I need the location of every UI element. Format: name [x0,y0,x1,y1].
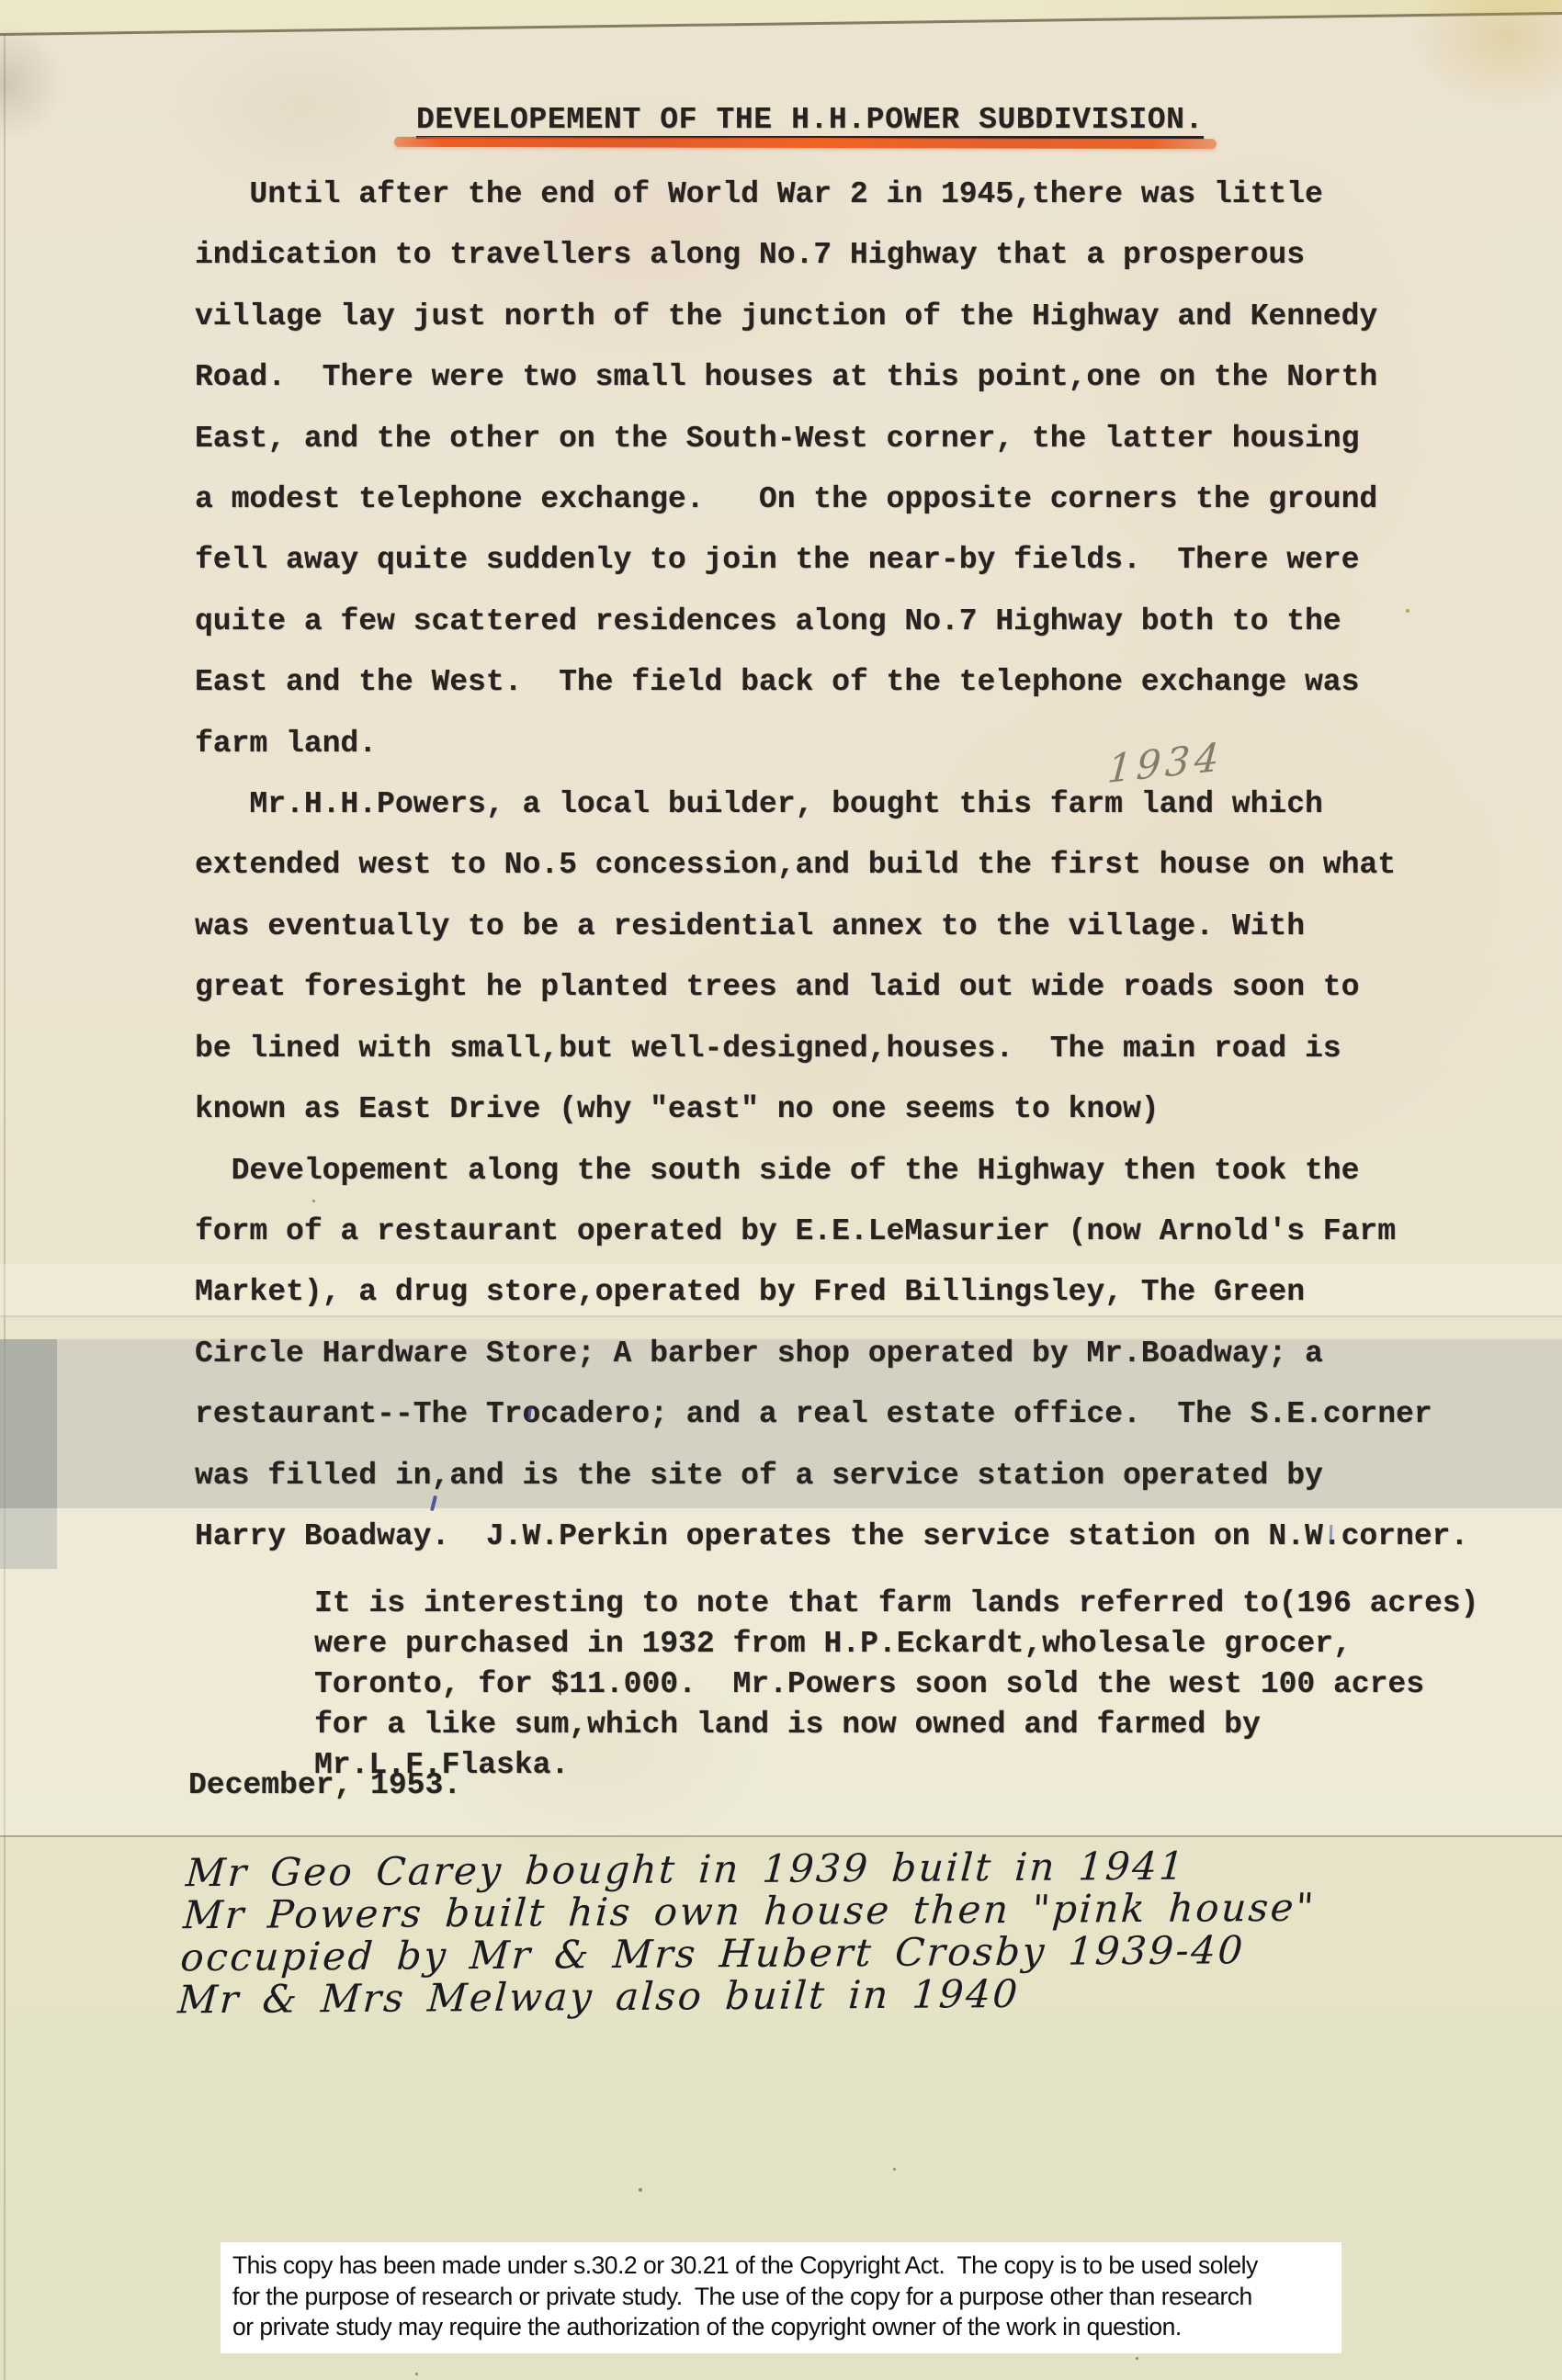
typed-line: quite a few scattered residences along N… [195,592,1468,652]
typed-note-block: It is interesting to note that farm land… [314,1584,1478,1786]
typed-note-line: for a like sum,which land is now owned a… [314,1705,1478,1745]
typed-line: farm land. [195,714,1468,774]
document-title: DEVELOPEMENT OF THE H.H.POWER SUBDIVISIO… [416,103,1204,137]
typed-line: Road. There were two small houses at thi… [195,347,1468,408]
typed-line: East, and the other on the South-West co… [195,409,1468,469]
copyright-line: or private study may require the authori… [232,2312,1332,2343]
typed-line: form of a restaurant operated by E.E.LeM… [195,1201,1468,1262]
copyright-notice-text: This copy has been made under s.30.2 or … [221,2242,1341,2343]
typed-line: a modest telephone exchange. On the oppo… [195,469,1468,530]
typed-line: Mr.H.H.Powers, a local builder, bought t… [195,774,1468,835]
copyright-line: This copy has been made under s.30.2 or … [232,2250,1332,2282]
dust-speck [312,1200,315,1202]
typed-line: indication to travellers along No.7 High… [195,225,1468,286]
typed-line: village lay just north of the junction o… [195,287,1468,347]
copyright-notice-box: This copy has been made under s.30.2 or … [221,2242,1341,2353]
typed-line: Circle Hardware Store; A barber shop ope… [195,1324,1468,1384]
crayon-underline [394,137,1217,149]
dust-speck [1406,609,1409,613]
typed-note-line: Mr.L.F.Flaska. [314,1745,1478,1786]
typed-line: fell away quite suddenly to join the nea… [195,530,1468,591]
typed-line: Developement along the south side of the… [195,1141,1468,1201]
typed-line: Harry Boadway. J.W.Perkin operates the s… [195,1506,1468,1567]
typed-note-line: Toronto, for $11.000. Mr.Powers soon sol… [314,1664,1478,1705]
typed-line: East and the West. The field back of the… [195,652,1468,713]
dust-speck [639,2188,642,2192]
typed-line: Until after the end of World War 2 in 19… [195,164,1468,225]
typed-note-line: It is interesting to note that farm land… [314,1584,1478,1624]
date-line: December, 1953. [188,1765,461,1806]
typed-line: Market), a drug store,operated by Fred B… [195,1262,1468,1323]
paper-left-edge [4,34,6,2380]
typed-line: great foresight he planted trees and lai… [195,957,1468,1018]
copyright-line: for the purpose of research or private s… [232,2282,1332,2313]
typed-line: extended west to No.5 concession,and bui… [195,835,1468,896]
dust-speck [1136,2357,1138,2360]
typed-line: was eventually to be a residential annex… [195,897,1468,957]
scanned-document-page: DEVELOPEMENT OF THE H.H.POWER SUBDIVISIO… [0,0,1562,2380]
typed-line: restaurant--The Trocadero; and a real es… [195,1384,1468,1445]
handwritten-line: occupied by Mr & Mrs Hubert Crosby 1939-… [179,1929,1314,1980]
dust-speck [415,2373,418,2375]
handwritten-line: Mr & Mrs Melway also built in 1940 [176,1971,1311,2022]
typed-line: be lined with small,but well-designed,ho… [195,1019,1468,1079]
handwritten-notes: Mr Geo Carey bought in 1939 built in 194… [176,1844,1319,2022]
typed-body-text: Until after the end of World War 2 in 19… [195,164,1468,1567]
typed-note-line: were purchased in 1932 from H.P.Eckardt,… [314,1624,1478,1664]
dust-speck [893,2168,896,2171]
typed-line: known as East Drive (why "east" no one s… [195,1079,1468,1140]
overlay-slip-edge [0,1835,1562,1837]
typed-line: was filled in,and is the site of a servi… [195,1446,1468,1506]
